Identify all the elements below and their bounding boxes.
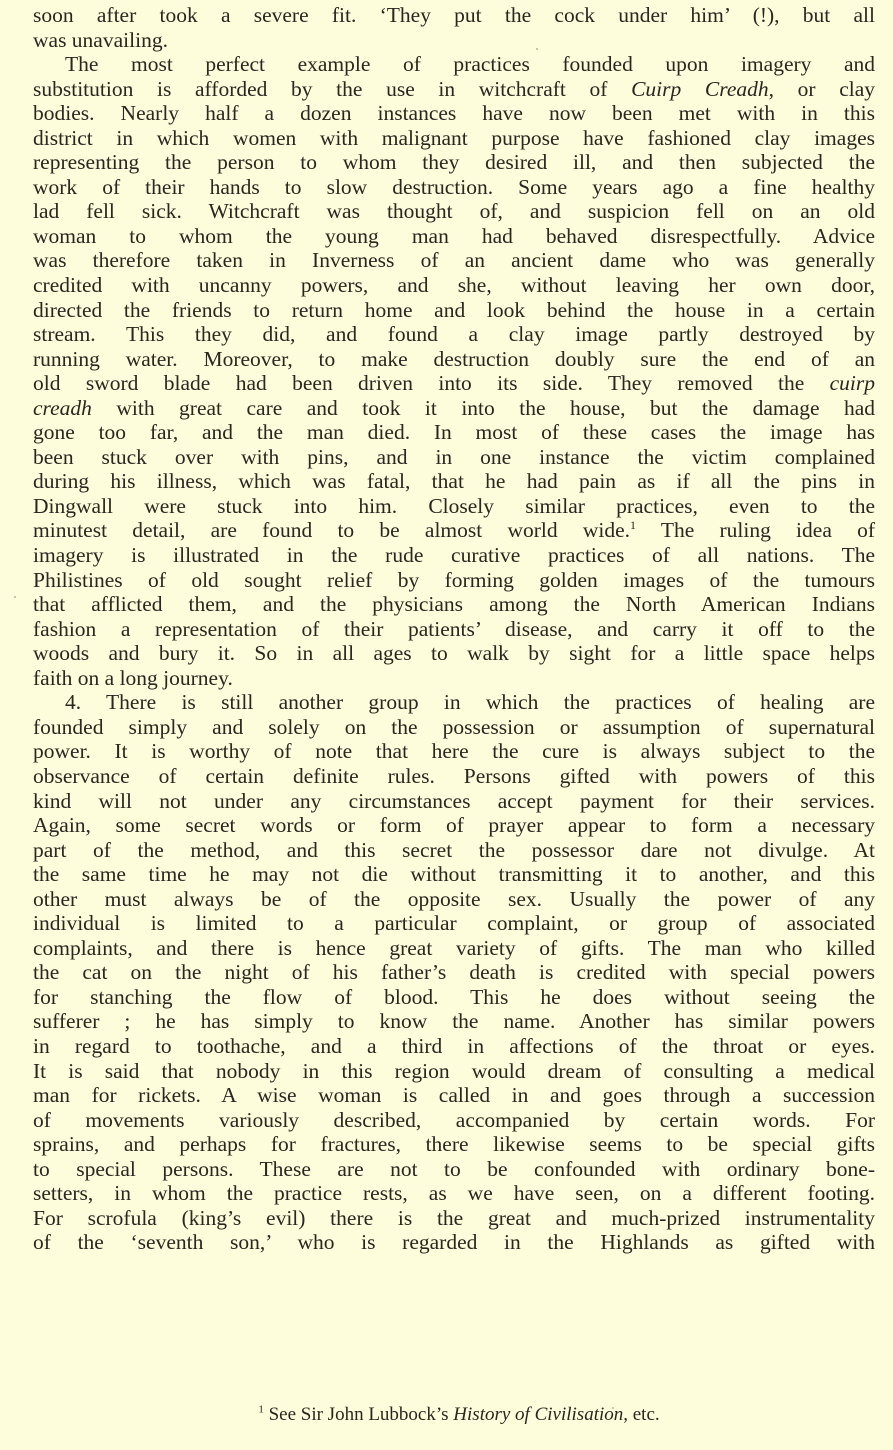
text-run: substitution is afforded by the use in w…: [33, 77, 631, 101]
text-line-49: setters, in whom the practice rests, as …: [33, 1181, 875, 1206]
italic-term-creadh: creadh: [33, 396, 92, 420]
text-line-5: bodies. Nearly half a dozen instances ha…: [33, 101, 875, 126]
text-line-45: man for rickets. A wise woman is called …: [33, 1083, 875, 1108]
italic-term-cuirp-creadh: Cuirp Creadh: [631, 77, 769, 101]
text-line-48: to special persons. These are not to be …: [33, 1157, 875, 1182]
text-line-4: substitution is afforded by the use in w…: [33, 77, 875, 102]
page-body: soon after took a severe fit. ‘They put …: [33, 0, 875, 1255]
text-line-47: sprains, and perhaps for fractures, ther…: [33, 1132, 875, 1157]
scan-speck: [14, 596, 16, 598]
text-run: The ruling idea of: [636, 518, 875, 542]
text-line-18: gone too far, and the man died. In most …: [33, 420, 875, 445]
text-line-30: founded simply and solely on the possess…: [33, 715, 875, 740]
text-line-42: sufferer ; he has simply to know the nam…: [33, 1009, 875, 1034]
text-run: old sword blade had been driven into its…: [33, 371, 830, 395]
text-line-50: For scrofula (king’s evil) there is the …: [33, 1206, 875, 1231]
text-line-32: observance of certain definite rules. Pe…: [33, 764, 875, 789]
text-line-6: district in which women with malignant p…: [33, 126, 875, 151]
text-line-40: the cat on the night of his father’s dea…: [33, 960, 875, 985]
text-line-24: Philistines of old sought relief by form…: [33, 568, 875, 593]
text-line-22: minutest detail, are found to be almost …: [33, 518, 875, 543]
text-line-34: Again, some secret words or form of pray…: [33, 813, 875, 838]
footnote: 1 See Sir John Lubbock’s History of Civi…: [33, 1403, 875, 1428]
text-line-46: of movements variously described, accomp…: [33, 1108, 875, 1133]
text-line-9: lad fell sick. Witchcraft was thought of…: [33, 199, 875, 224]
text-line-36: the same time he may not die without tra…: [33, 862, 875, 887]
italic-term-cuirp: cuirp: [830, 371, 875, 395]
text-run: with great care and took it into the hou…: [92, 396, 875, 420]
text-line-31: power. It is worthy of note that here th…: [33, 739, 875, 764]
text-line-33: kind will not under any circumstances ac…: [33, 789, 875, 814]
text-line-21: Dingwall were stuck into him. Closely si…: [33, 494, 875, 519]
text-line-15: running water. Moreover, to make destruc…: [33, 347, 875, 372]
text-line-19: been stuck over with pins, and in one in…: [33, 445, 875, 470]
text-line-2: was unavailing.: [33, 28, 875, 53]
footnote-text: See Sir John Lubbock’s: [264, 1404, 453, 1425]
text-line-26: fashion a representation of their patien…: [33, 617, 875, 642]
text-line-27: woods and bury it. So in all ages to wal…: [33, 641, 875, 666]
text-line-12: credited with uncanny powers, and she, w…: [33, 273, 875, 298]
scan-speck: [536, 48, 538, 50]
text-line-37: other must always be of the opposite sex…: [33, 887, 875, 912]
text-line-11: was therefore taken in Inverness of an a…: [33, 248, 875, 273]
text-line-13: directed the friends to return home and …: [33, 298, 875, 323]
footnote-book-title: History of Civilisation: [453, 1404, 623, 1425]
paragraph-start-section-4: 4. There is still another group in which…: [33, 690, 875, 715]
text-line-23: imagery is illustrated in the rude curat…: [33, 543, 875, 568]
text-line-39: complaints, and there is hence great var…: [33, 936, 875, 961]
text-line-16: old sword blade had been driven into its…: [33, 371, 875, 396]
text-line-1: soon after took a severe fit. ‘They put …: [33, 3, 875, 28]
text-run: minutest detail, are found to be almost …: [33, 518, 630, 542]
book-page: soon after took a severe fit. ‘They put …: [33, 0, 875, 1255]
text-line-28: faith on a long journey.: [33, 666, 875, 691]
text-line-20: during his illness, which was fatal, tha…: [33, 469, 875, 494]
text-line-25: that afflicted them, and the physicians …: [33, 592, 875, 617]
text-line-41: for stanching the flow of blood. This he…: [33, 985, 875, 1010]
paragraph-start-imagery: The most perfect example of practices fo…: [33, 52, 875, 77]
text-line-17: creadh with great care and took it into …: [33, 396, 875, 421]
text-line-51: of the ‘seventh son,’ who is regarded in…: [33, 1230, 875, 1255]
text-line-10: woman to whom the young man had behaved …: [33, 224, 875, 249]
footnote-text-end: , etc.: [623, 1404, 659, 1425]
text-line-43: in regard to toothache, and a third in a…: [33, 1034, 875, 1059]
text-line-35: part of the method, and this secret the …: [33, 838, 875, 863]
text-line-44: It is said that nobody in this region wo…: [33, 1059, 875, 1084]
text-line-7: representing the person to whom they des…: [33, 150, 875, 175]
scan-speck: [612, 1407, 614, 1409]
text-line-8: work of their hands to slow destruction.…: [33, 175, 875, 200]
text-line-38: individual is limited to a particular co…: [33, 911, 875, 936]
text-run: , or clay: [769, 77, 875, 101]
text-line-14: stream. This they did, and found a clay …: [33, 322, 875, 347]
